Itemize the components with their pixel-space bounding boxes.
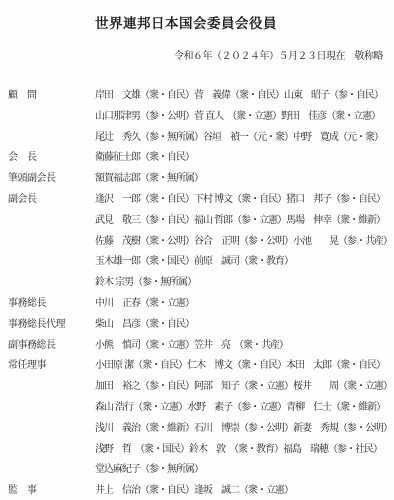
member-line: 小田原 潔（衆・自民）仁木 博文（衆・自民）本田 太郎（衆・自民） (95, 356, 391, 377)
member-line: 衛藤征士郎（衆・自民） (95, 148, 391, 169)
role-label: 顧 問 (8, 86, 95, 107)
role-label: 副事務総長 (8, 336, 95, 357)
date-line: 令和６年（２０２４年）５月２３日現在 敬称略 (174, 47, 383, 62)
member-line: 岸田 文雄（衆・自民）菅 義偉（衆・自民）山東 昭子（参・自民） (95, 86, 391, 107)
member-line: 中川 正春（衆・立憲） (95, 294, 391, 315)
section-row: 副事務総長小熊 慎司（衆・立憲）笠井 亮 （衆・共産） (8, 336, 391, 357)
section-row: 監 事井上 信治（衆・自民）逢坂 誠二（衆・立憲） (8, 481, 391, 500)
member-line: 額賀福志郎（衆・無所属） (95, 169, 391, 190)
member-lines: 柴山 昌彦（衆・自民） (95, 315, 391, 336)
member-lines: 額賀福志郎（衆・無所属） (95, 169, 391, 190)
member-line: 武見 敬三（参・自民）福山 哲郎（参・立憲）馬場 伸幸（衆・維新） (95, 211, 391, 232)
member-line: 加田 裕之（参・自民）阿部 知子（衆・立憲）桜井 周（衆・立憲） (95, 377, 391, 398)
member-lines: 岸田 文雄（衆・自民）菅 義偉（衆・自民）山東 昭子（参・自民）山口那津男（参・… (95, 86, 391, 148)
member-line: 鈴木 宗男（参・無所属） (95, 273, 391, 294)
member-lines: 小熊 慎司（衆・立憲）笠井 亮 （衆・共産） (95, 336, 391, 357)
section-row: 副会長逢沢 一郎（衆・自民）下村 博文（衆・自民）猪口 邦子（参・自民）武見 敬… (8, 190, 391, 294)
member-line: 小熊 慎司（衆・立憲）笠井 亮 （衆・共産） (95, 336, 391, 357)
page-title: 世界連邦日本国会委員会役員 (95, 12, 277, 32)
section-row: 筆頭副会長額賀福志郎（衆・無所属） (8, 169, 391, 190)
section-row: 事務総長中川 正春（衆・立憲） (8, 294, 391, 315)
officer-sections: 顧 問岸田 文雄（衆・自民）菅 義偉（衆・自民）山東 昭子（参・自民）山口那津男… (8, 86, 391, 500)
member-line: 堂込麻紀子（参・無所属） (95, 460, 391, 481)
member-lines: 井上 信治（衆・自民）逢坂 誠二（衆・立憲） (95, 481, 391, 500)
member-lines: 逢沢 一郎（衆・自民）下村 博文（衆・自民）猪口 邦子（参・自民）武見 敬三（参… (95, 190, 391, 294)
document-page: 世界連邦日本国会委員会役員 令和６年（２０２４年）５月２３日現在 敬称略 顧 問… (0, 0, 394, 500)
member-lines: 衛藤征士郎（衆・自民） (95, 148, 391, 169)
member-line: 浅野 哲 （衆・国民）鈴木 敦 （衆・教育）福島 瑞穂（参・社民） (95, 440, 391, 461)
member-lines: 中川 正春（衆・立憲） (95, 294, 391, 315)
member-line: 玉木雄一郎（衆・国民）前原 誠司（衆・教育） (95, 252, 391, 273)
section-row: 会 長衛藤征士郎（衆・自民） (8, 148, 391, 169)
role-label: 事務総長代理 (8, 315, 95, 336)
role-label: 事務総長 (8, 294, 95, 315)
member-line: 尾辻 秀久（参・無所属）谷垣 禎一（元・衆）中野 寛成（元・衆） (95, 128, 391, 149)
member-line: 井上 信治（衆・自民）逢坂 誠二（衆・立憲） (95, 481, 391, 500)
member-line: 森山 浩行（衆・立憲）水野 素子（参・立憲）青柳 仁士（衆・維新） (95, 398, 391, 419)
section-row: 顧 問岸田 文雄（衆・自民）菅 義偉（衆・自民）山東 昭子（参・自民）山口那津男… (8, 86, 391, 148)
section-row: 常任理事小田原 潔（衆・自民）仁木 博文（衆・自民）本田 太郎（衆・自民）加田 … (8, 356, 391, 481)
role-label: 会 長 (8, 148, 95, 169)
member-lines: 小田原 潔（衆・自民）仁木 博文（衆・自民）本田 太郎（衆・自民）加田 裕之（参… (95, 356, 391, 481)
member-line: 浅川 義治（衆・維新）石川 博崇（参・公明）新妻 秀規（参・公明） (95, 419, 391, 440)
member-line: 山口那津男（参・公明）菅 直人 （衆・立憲）野田 佳彦（衆・立憲） (95, 107, 391, 128)
member-line: 逢沢 一郎（衆・自民）下村 博文（衆・自民）猪口 邦子（参・自民） (95, 190, 391, 211)
role-label: 筆頭副会長 (8, 169, 95, 190)
role-label: 常任理事 (8, 356, 95, 377)
role-label: 副会長 (8, 190, 95, 211)
member-line: 柴山 昌彦（衆・自民） (95, 315, 391, 336)
role-label: 監 事 (8, 481, 95, 500)
member-line: 佐藤 茂樹（衆・公明）谷合 正明（参・公明）小池 晃（参・共産） (95, 232, 391, 253)
section-row: 事務総長代理柴山 昌彦（衆・自民） (8, 315, 391, 336)
